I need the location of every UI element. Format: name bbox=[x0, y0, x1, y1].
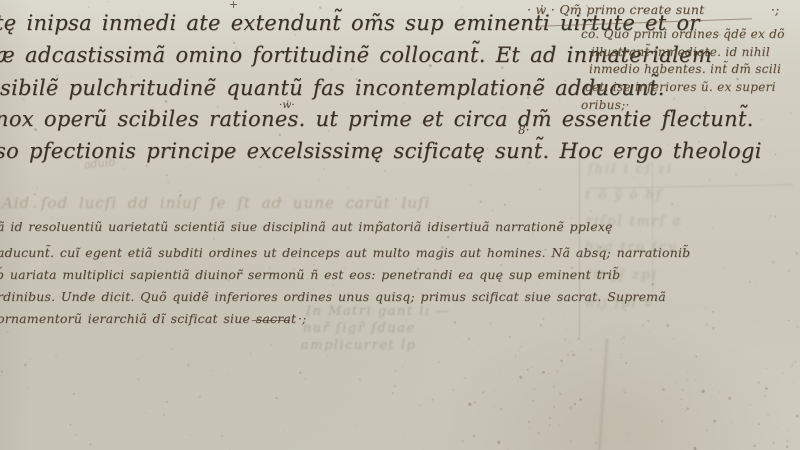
gloss-heading-terminal-mark: ·; bbox=[771, 3, 779, 17]
margin-gloss-line: inmedio habentes. int̃ dm̃ scili bbox=[589, 62, 781, 76]
interlinear-w-mark: ·ẇ· bbox=[279, 99, 295, 111]
main-text-line: ısibilẽ pulchritudinẽ quantũ fas inconte… bbox=[0, 76, 665, 100]
interlinear-abbreviation-mark: 8· bbox=[518, 123, 529, 137]
margin-gloss-line: cõ. Quõ primi ordines q̃dẽ ex dõ bbox=[581, 27, 785, 41]
commentary-line: aducunt̃. cuĩ egent etiã subditi ordines… bbox=[0, 245, 690, 260]
commentary-line: b̃ uariata multiplici sapientiã diuinor̃… bbox=[0, 267, 620, 282]
margin-gloss-heading: · ẇ · Qm̃ primo create sunt bbox=[527, 2, 705, 17]
commentary-line: ã id resoluentiũ uarietatũ scientiã siue… bbox=[0, 219, 613, 234]
line-filler-dash bbox=[252, 320, 290, 321]
main-text-line: nox operũ scibiles rationes. ut prime et… bbox=[0, 107, 754, 131]
commentary-line: ornamentorũ ierarchiã dı̃ scificat siue … bbox=[0, 311, 296, 326]
main-text-line: so pfectionis principe excelsissimę scif… bbox=[0, 139, 762, 163]
margin-gloss-line: illustrant̃ inmediate. id nihil bbox=[591, 45, 770, 59]
commentary-terminal-mark: ·; bbox=[298, 311, 306, 326]
manuscript-page: tę inipsa inmedi ate extendunt̃ om̃s sup… bbox=[0, 0, 800, 450]
margin-gloss-line: cet. ise inferiores ũ. ex superi bbox=[585, 80, 776, 94]
commentary-line: rdinibus. Unde dicit. Quõ quidẽ inferior… bbox=[0, 289, 666, 304]
margin-gloss-line: oribus;· bbox=[581, 98, 630, 112]
cross-mark: + bbox=[229, 0, 238, 11]
faint-ruling-line bbox=[652, 162, 653, 292]
